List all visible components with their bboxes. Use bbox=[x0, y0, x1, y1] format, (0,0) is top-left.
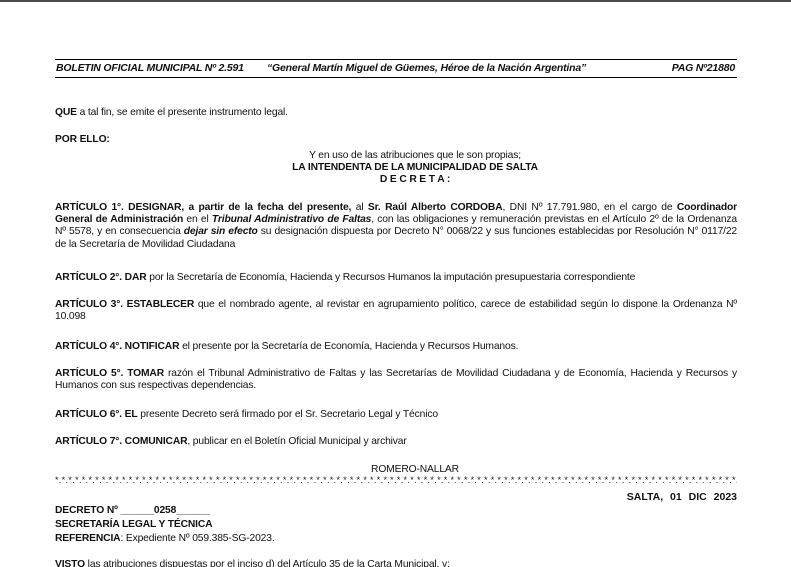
bulletin-motto: “General Martín Miguel de Güemes, Héroe … bbox=[267, 60, 586, 77]
por-ello-heading: POR ELLO: bbox=[55, 134, 737, 146]
article-3: ARTÍCULO 3°. ESTABLECER que el nombrado … bbox=[55, 299, 737, 323]
decreta-heading: D E C R E T A : bbox=[240, 174, 590, 186]
mayor-title: LA INTENDENTA DE LA MUNICIPALIDAD DE SAL… bbox=[240, 162, 590, 174]
window-top-bar bbox=[0, 0, 791, 2]
visto-paragraph: VISTO las atribuciones dispuestas por el… bbox=[55, 559, 737, 567]
article-5: ARTÍCULO 5°. TOMAR razón el Tribunal Adm… bbox=[55, 368, 737, 392]
article-2: ARTÍCULO 2°. DAR por la Secretaría de Ec… bbox=[55, 272, 737, 284]
article-6: ARTÍCULO 6°. EL presente Decreto será fi… bbox=[55, 409, 737, 421]
bulletin-header: BOLETIN OFICIAL MUNICIPAL Nº 2.591 “Gene… bbox=[55, 59, 737, 78]
decree-date: SALTA, 01 DIC 2023 bbox=[627, 491, 737, 503]
que-paragraph: QUE a tal fin, se emite el presente inst… bbox=[55, 107, 737, 119]
article-1: ARTÍCULO 1°. DESIGNAR, a partir de la fe… bbox=[55, 202, 737, 251]
decree-office: SECRETARÍA LEGAL Y TÉCNICA bbox=[55, 519, 737, 531]
section-separator: *.*.*.*.*.*.*.*.*.*.*.*.*.*.*.*.*.*.*.*.… bbox=[55, 475, 737, 485]
decree-number: DECRETO Nº ______0258______ bbox=[55, 505, 737, 517]
decree-reference: REFERENCIA: Expediente Nº 059.385-SG-202… bbox=[55, 533, 737, 545]
preamble-line: Y en uso de las atribuciones que le son … bbox=[240, 150, 590, 162]
bulletin-number: BOLETIN OFICIAL MUNICIPAL Nº 2.591 bbox=[56, 60, 244, 77]
page-number: PAG Nº21880 bbox=[672, 60, 735, 77]
article-4: ARTÍCULO 4°. NOTIFICAR el presente por l… bbox=[55, 341, 737, 353]
article-7: ARTÍCULO 7°. COMUNICAR, publicar en el B… bbox=[55, 436, 737, 448]
